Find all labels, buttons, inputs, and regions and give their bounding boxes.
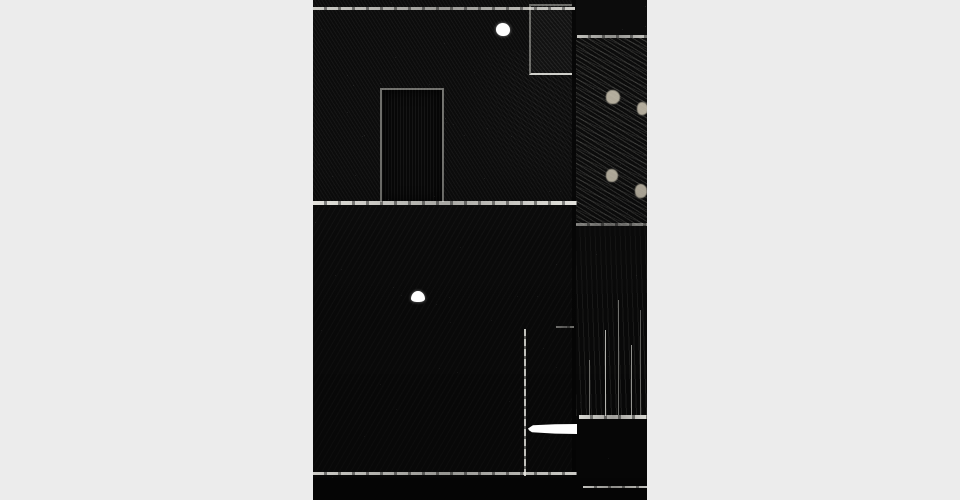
incised-rule-top	[313, 7, 575, 10]
etched-top-rectangle	[529, 4, 575, 75]
beige-spot	[635, 184, 647, 198]
incised-rule-right-upper	[577, 35, 647, 38]
incised-rule-bottom	[313, 472, 577, 475]
incised-tick-mark	[556, 326, 574, 328]
page-background	[0, 0, 960, 500]
vertical-scratch	[640, 310, 641, 415]
incised-rule-middle	[313, 201, 577, 205]
white-spot-top	[496, 23, 510, 36]
beige-spot	[606, 169, 618, 182]
bottom-black-band	[313, 478, 647, 500]
incised-vertical-line	[524, 329, 526, 476]
incised-rule-right-lower	[579, 415, 647, 419]
scratched-right-panel	[576, 226, 647, 416]
etched-door-rectangle	[380, 88, 444, 202]
vertical-scratch	[605, 330, 606, 416]
artwork-image	[313, 0, 647, 500]
vertical-scratch	[631, 345, 632, 415]
beige-spot	[637, 102, 647, 115]
beige-spot	[606, 90, 620, 104]
white-spot-middle	[411, 291, 425, 302]
vertical-scratch	[618, 300, 619, 415]
vertical-scratch	[589, 360, 590, 415]
dark-right-panel	[576, 420, 647, 486]
incised-rule-right-middle	[576, 223, 647, 226]
incised-rule-right-bottom	[583, 486, 647, 488]
